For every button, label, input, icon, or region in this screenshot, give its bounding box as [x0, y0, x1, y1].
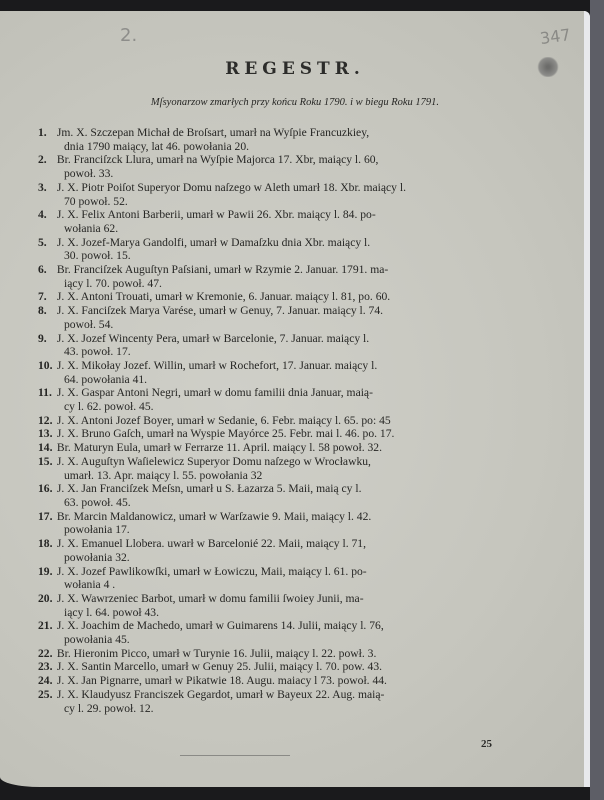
entry-text: J. X. Jan Franciſzek Meſsn, umarł u S. Ł… — [57, 482, 362, 495]
entry-number: 18. — [38, 537, 54, 551]
list-item: 5. J. X. Jozef-Marya Gandolfi, umarł w D… — [38, 236, 556, 263]
list-item: 23. J. X. Santin Marcello, umarł w Genuy… — [38, 660, 556, 674]
entry-line-1: 8. J. X. Fanciſzek Marya Varése, umarł w… — [38, 304, 556, 318]
background-strip — [590, 0, 604, 800]
entry-number: 9. — [38, 332, 54, 346]
entry-number: 12. — [38, 414, 54, 428]
list-item: 25. J. X. Klaudyusz Franciszek Gegardot,… — [38, 688, 556, 715]
entry-line-2: iący l. 70. powoł. 47. — [38, 277, 556, 291]
entry-number: 13. — [38, 427, 54, 441]
entry-line-1: 5. J. X. Jozef-Marya Gandolfi, umarł w D… — [38, 236, 556, 250]
entry-number: 11. — [38, 386, 54, 400]
entry-line-1: 20. J. X. Wawrzeniec Barbot, umarł w dom… — [38, 592, 556, 606]
entry-line-2: powołania 17. — [38, 523, 556, 537]
entry-list: 1. Jm. X. Szczepan Michał de Broſsart, u… — [38, 126, 556, 715]
bottom-rule — [180, 755, 290, 756]
entry-text: J. X. Bruno Gaſch, umarł na Wyspie Mayór… — [57, 427, 395, 440]
entry-text: J. X. Antoni Trouati, umarł w Kremonie, … — [57, 290, 390, 303]
entry-number: 2. — [38, 153, 54, 167]
pencil-annotation-right: 347 — [539, 25, 572, 48]
list-item: 6. Br. Franciſzek Auguſtyn Paſsiani, uma… — [38, 263, 556, 290]
entry-text: J. X. Jozef Wincenty Pera, umarł w Barce… — [57, 332, 369, 345]
entry-text: Br. Maturyn Eula, umarł w Ferrarze 11. A… — [57, 441, 382, 454]
entry-number: 4. — [38, 208, 54, 222]
list-item: 20. J. X. Wawrzeniec Barbot, umarł w dom… — [38, 592, 556, 619]
entry-text: J. X. Fanciſzek Marya Varése, umarł w Ge… — [57, 304, 383, 317]
entry-line-1: 2. Br. Franciſzck Llura, umarł na Wyſpie… — [38, 153, 556, 167]
list-item: 8. J. X. Fanciſzek Marya Varése, umarł w… — [38, 304, 556, 331]
entry-text: J. X. Mikołay Jozef. Willin, umarł w Roc… — [57, 359, 377, 372]
entry-line-1: 18. J. X. Emanuel Llobera. uwarł w Barce… — [38, 537, 556, 551]
entry-number: 16. — [38, 482, 54, 496]
entry-text: J. X. Wawrzeniec Barbot, umarł w domu fa… — [57, 592, 364, 605]
entry-number: 5. — [38, 236, 54, 250]
entry-line-2: wołania 62. — [38, 222, 556, 236]
entry-number: 17. — [38, 510, 54, 524]
entry-text: J. X. Auguſtyn Waſielewicz Superyor Domu… — [57, 455, 371, 468]
entry-line-1: 22. Br. Hieronim Picco, umarł w Turynie … — [38, 647, 556, 661]
entry-line-1: 16. J. X. Jan Franciſzek Meſsn, umarł u … — [38, 482, 556, 496]
entry-number: 21. — [38, 619, 54, 633]
page-subtitle: Mſsyonarzow zmarłych przy końcu Roku 179… — [0, 97, 590, 108]
entry-number: 15. — [38, 455, 54, 469]
entry-text: J. X. Piotr Poiſot Superyor Domu naſzego… — [57, 181, 406, 194]
entry-line-2: cy l. 62. powoł. 45. — [38, 400, 556, 414]
entry-text: J. X. Joachim de Machedo, umarł w Guimar… — [57, 619, 384, 632]
entry-line-1: 4. J. X. Felix Antoni Barberii, umarł w … — [38, 208, 556, 222]
list-item: 2. Br. Franciſzck Llura, umarł na Wyſpie… — [38, 153, 556, 180]
entry-line-1: 11. J. X. Gaspar Antoni Negri, umarł w d… — [38, 386, 556, 400]
entry-line-2: 30. powoł. 15. — [38, 249, 556, 263]
list-item: 10. J. X. Mikołay Jozef. Willin, umarł w… — [38, 359, 556, 386]
entry-number: 14. — [38, 441, 54, 455]
entry-line-2: powoł. 33. — [38, 167, 556, 181]
list-item: 13. J. X. Bruno Gaſch, umarł na Wyspie M… — [38, 427, 556, 441]
list-item: 19. J. X. Jozef Pawlikowſki, umarł w Łow… — [38, 565, 556, 592]
entry-line-1: 7. J. X. Antoni Trouati, umarł w Kremoni… — [38, 290, 556, 304]
entry-line-1: 15. J. X. Auguſtyn Waſielewicz Superyor … — [38, 455, 556, 469]
entry-text: J. X. Emanuel Llobera. uwarł w Barceloni… — [57, 537, 366, 550]
list-item: 12. J. X. Antoni Jozef Boyer, umarł w Se… — [38, 414, 556, 428]
entry-line-1: 24. J. X. Jan Pignarre, umarł w Pikatwie… — [38, 674, 556, 688]
entry-line-2: powołania 32. — [38, 551, 556, 565]
list-item: 14. Br. Maturyn Eula, umarł w Ferrarze 1… — [38, 441, 556, 455]
entry-number: 7. — [38, 290, 54, 304]
list-item: 3. J. X. Piotr Poiſot Superyor Domu naſz… — [38, 181, 556, 208]
entry-text: J. X. Klaudyusz Franciszek Gegardot, uma… — [57, 688, 384, 701]
entry-text: Br. Franciſzck Llura, umarł na Wyſpie Ma… — [57, 153, 379, 166]
list-item: 1. Jm. X. Szczepan Michał de Broſsart, u… — [38, 126, 556, 153]
entry-text: J. X. Santin Marcello, umarł w Genuy 25.… — [57, 660, 382, 673]
list-item: 16. J. X. Jan Franciſzek Meſsn, umarł u … — [38, 482, 556, 509]
entry-text: Br. Franciſzek Auguſtyn Paſsiani, umarł … — [57, 263, 388, 276]
entry-line-1: 14. Br. Maturyn Eula, umarł w Ferrarze 1… — [38, 441, 556, 455]
entry-text: Jm. X. Szczepan Michał de Broſsart, umar… — [57, 126, 369, 139]
entry-line-1: 19. J. X. Jozef Pawlikowſki, umarł w Łow… — [38, 565, 556, 579]
entry-line-1: 23. J. X. Santin Marcello, umarł w Genuy… — [38, 660, 556, 674]
page-edge — [584, 11, 590, 787]
entry-line-1: 21. J. X. Joachim de Machedo, umarł w Gu… — [38, 619, 556, 633]
entry-number: 25. — [38, 688, 54, 702]
entry-number: 24. — [38, 674, 54, 688]
document-page: 2. 347 REGESTR. Mſsyonarzow zmarłych prz… — [0, 11, 590, 787]
entry-text: J. X. Jozef-Marya Gandolfi, umarł w Dama… — [57, 236, 370, 249]
entry-line-2: wołania 4 . — [38, 578, 556, 592]
entry-line-1: 25. J. X. Klaudyusz Franciszek Gegardot,… — [38, 688, 556, 702]
entry-number: 23. — [38, 660, 54, 674]
list-item: 4. J. X. Felix Antoni Barberii, umarł w … — [38, 208, 556, 235]
list-item: 9. J. X. Jozef Wincenty Pera, umarł w Ba… — [38, 332, 556, 359]
entry-line-1: 9. J. X. Jozef Wincenty Pera, umarł w Ba… — [38, 332, 556, 346]
entry-number: 19. — [38, 565, 54, 579]
entry-text: Br. Marcin Maldanowicz, umarł w Warſzawi… — [57, 510, 371, 523]
entry-line-2: iący l. 64. powoł 43. — [38, 606, 556, 620]
list-item: 11. J. X. Gaspar Antoni Negri, umarł w d… — [38, 386, 556, 413]
entry-line-2: cy l. 29. powoł. 12. — [38, 702, 556, 716]
page-title: REGESTR. — [0, 59, 590, 79]
page-number: 25 — [481, 738, 492, 750]
entry-line-1: 17. Br. Marcin Maldanowicz, umarł w Warſ… — [38, 510, 556, 524]
entry-line-1: 3. J. X. Piotr Poiſot Superyor Domu naſz… — [38, 181, 556, 195]
entry-number: 1. — [38, 126, 54, 140]
list-item: 22. Br. Hieronim Picco, umarł w Turynie … — [38, 647, 556, 661]
entry-line-2: 64. powołania 41. — [38, 373, 556, 387]
entry-line-2: 43. powoł. 17. — [38, 345, 556, 359]
entry-line-1: 10. J. X. Mikołay Jozef. Willin, umarł w… — [38, 359, 556, 373]
entry-line-2: dnia 1790 maiący, lat 46. powołania 20. — [38, 140, 556, 154]
entry-text: J. X. Antoni Jozef Boyer, umarł w Sedani… — [57, 414, 391, 427]
list-item: 18. J. X. Emanuel Llobera. uwarł w Barce… — [38, 537, 556, 564]
entry-text: J. X. Jozef Pawlikowſki, umarł w Łowiczu… — [57, 565, 367, 578]
entry-line-2: 63. powoł. 45. — [38, 496, 556, 510]
entry-text: Br. Hieronim Picco, umarł w Turynie 16. … — [57, 647, 376, 660]
entry-number: 8. — [38, 304, 54, 318]
entry-line-1: 1. Jm. X. Szczepan Michał de Broſsart, u… — [38, 126, 556, 140]
entry-number: 10. — [38, 359, 54, 373]
entry-line-2: powoł. 54. — [38, 318, 556, 332]
list-item: 24. J. X. Jan Pignarre, umarł w Pikatwie… — [38, 674, 556, 688]
list-item: 21. J. X. Joachim de Machedo, umarł w Gu… — [38, 619, 556, 646]
entry-line-1: 13. J. X. Bruno Gaſch, umarł na Wyspie M… — [38, 427, 556, 441]
entry-text: J. X. Gaspar Antoni Negri, umarł w domu … — [57, 386, 373, 399]
entry-line-2: umarł. 13. Apr. maiący l. 55. powołania … — [38, 469, 556, 483]
entry-text: J. X. Jan Pignarre, umarł w Pikatwie 18.… — [57, 674, 387, 687]
entry-line-2: 70 powoł. 52. — [38, 195, 556, 209]
list-item: 7. J. X. Antoni Trouati, umarł w Kremoni… — [38, 290, 556, 304]
entry-number: 22. — [38, 647, 54, 661]
entry-text: J. X. Felix Antoni Barberii, umarł w Paw… — [57, 208, 376, 221]
entry-line-1: 6. Br. Franciſzek Auguſtyn Paſsiani, uma… — [38, 263, 556, 277]
entry-number: 20. — [38, 592, 54, 606]
pencil-annotation-left: 2. — [120, 25, 137, 46]
entry-number: 3. — [38, 181, 54, 195]
list-item: 15. J. X. Auguſtyn Waſielewicz Superyor … — [38, 455, 556, 482]
entry-number: 6. — [38, 263, 54, 277]
entry-line-2: powołania 45. — [38, 633, 556, 647]
entry-line-1: 12. J. X. Antoni Jozef Boyer, umarł w Se… — [38, 414, 556, 428]
list-item: 17. Br. Marcin Maldanowicz, umarł w Warſ… — [38, 510, 556, 537]
